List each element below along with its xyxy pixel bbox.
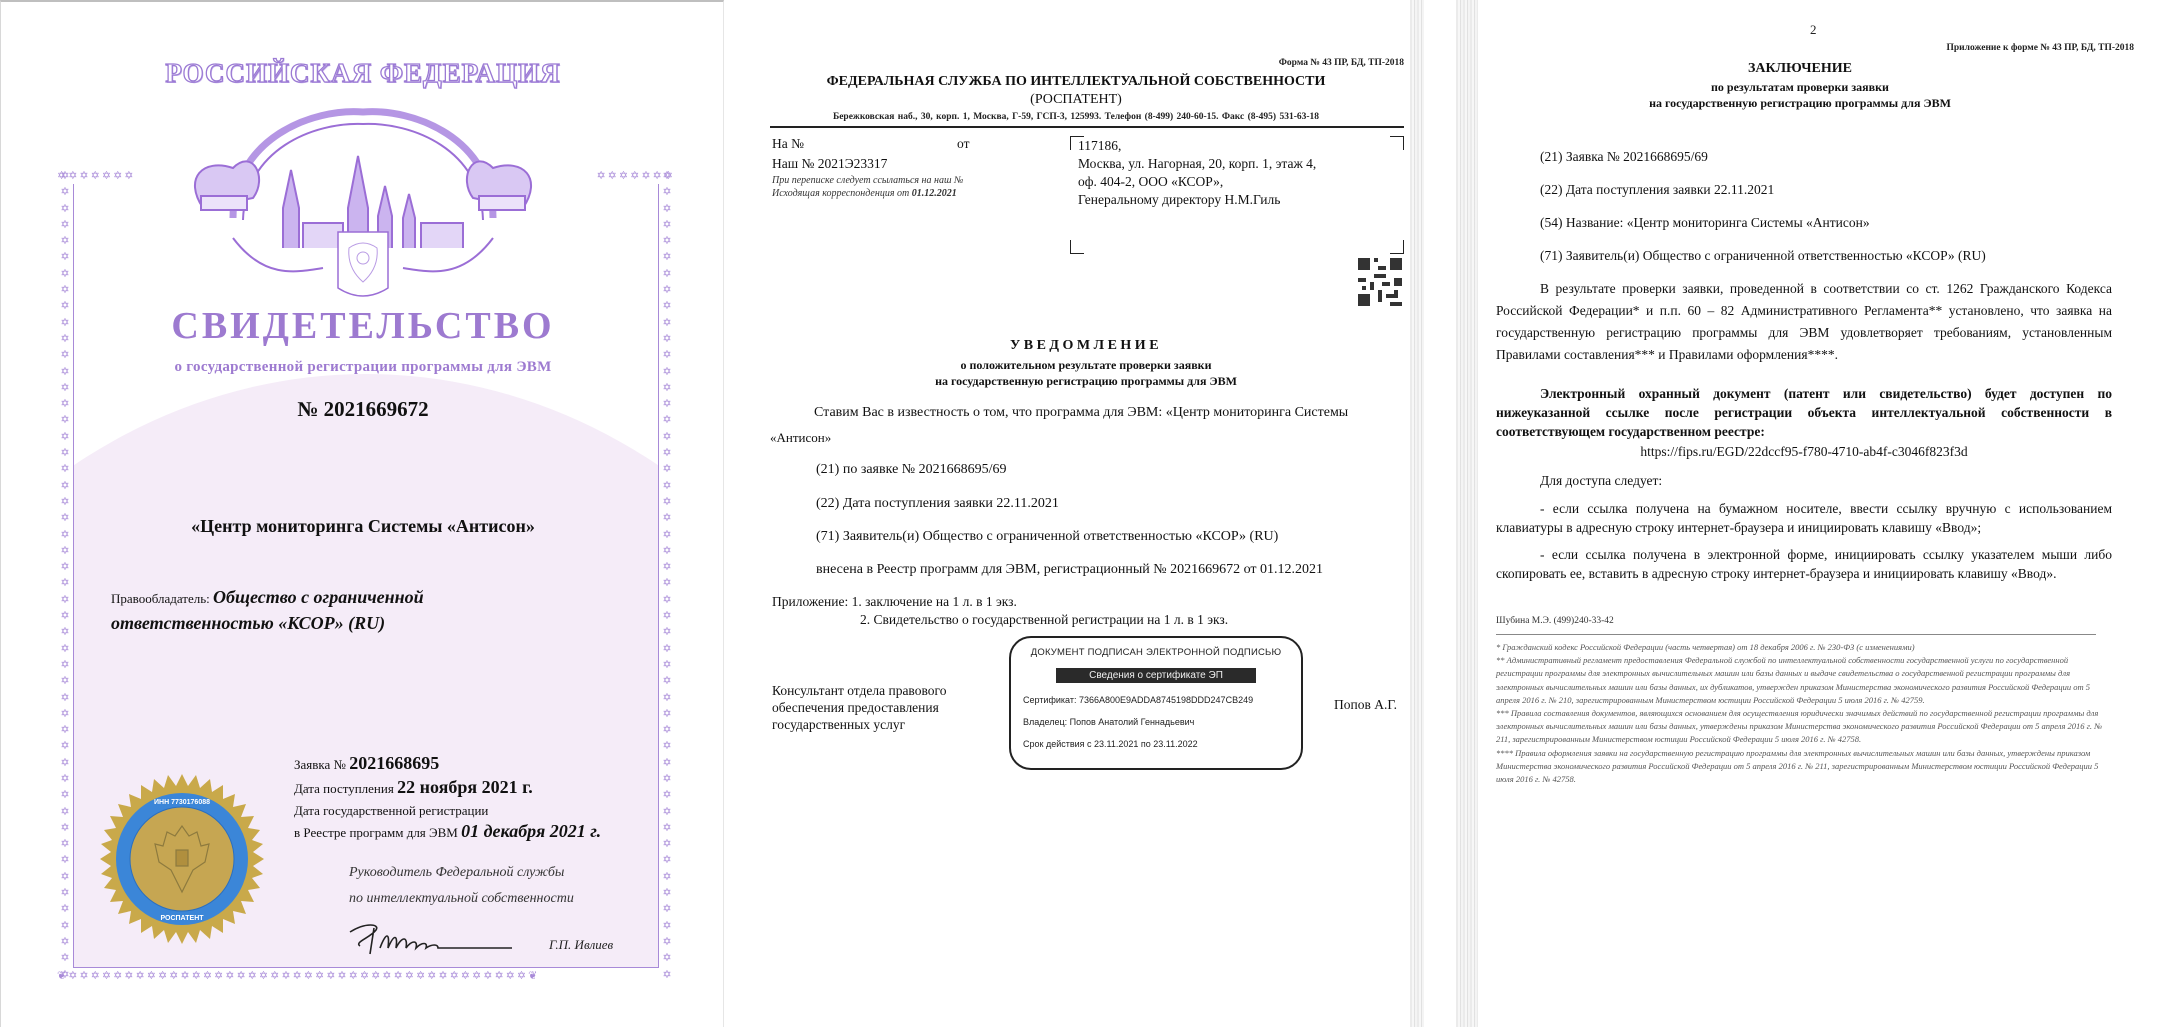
- ornament-border-bottom: ❦✡✡✡✡✡✡✡✡✡✡✡✡✡✡✡✡✡✡✡✡✡✡✡✡✡✡✡✡✡✡✡✡✡✡✡✡✡✡✡…: [57, 968, 675, 984]
- footnote-3: *** Правила составления документов, явля…: [1496, 707, 2116, 747]
- our-number: Наш № 2021Э23317: [772, 154, 963, 174]
- stamp-validity: Срок действия с 23.11.2021 по 23.11.2022: [1023, 739, 1301, 749]
- conclusion-title: ЗАКЛЮЧЕНИЕ: [1520, 61, 2080, 77]
- conclusion-page: 2 Приложение к форме № 43 ПР, БД, ТП-201…: [1440, 0, 2174, 1027]
- footnote-rule: [1496, 634, 2096, 635]
- conclusion-item-21: (21) Заявка № 2021668695/69: [1540, 149, 1708, 165]
- ref-note: При переписке следует ссылаться на наш №: [772, 174, 963, 187]
- form-label: Форма № 43 ПР, БД, ТП-2018: [1279, 58, 1404, 68]
- access-label: Для доступа следует:: [1540, 473, 1662, 489]
- ref-to: На №: [772, 134, 963, 154]
- consultant-title: Консультант отдела правового обеспечения…: [772, 682, 952, 733]
- agency-name: ФЕДЕРАЛЬНАЯ СЛУЖБА ПО ИНТЕЛЛЕКТУАЛЬНОЙ С…: [756, 74, 1396, 90]
- ornament-border-top-right: ✡✡✡✡✡✡✡: [575, 168, 675, 184]
- stamp-owner: Владелец: Попов Анатолий Геннадьевич: [1023, 717, 1301, 727]
- stamp-certificate-bar: Сведения о сертификате ЭП: [1056, 668, 1256, 683]
- conclusion-subtitle-1: по результатам проверки заявки: [1520, 80, 2080, 95]
- ornament-border-top-left: ✡✡✡✡✡✡✡: [57, 168, 157, 184]
- footnote-4: **** Правила оформления заявки на госуда…: [1496, 747, 2116, 787]
- registry-label: в Реестре программ для ЭВМ: [294, 825, 458, 840]
- qr-code-icon: [1358, 258, 1402, 306]
- page-number: 2: [1810, 22, 1817, 38]
- registration-details: Заявка № 2021668695 Дата поступления 22 …: [294, 754, 601, 846]
- conclusion-subtitle-2: на государственную регистрацию программы…: [1520, 96, 2080, 111]
- program-name: «Центр мониторинга Системы «Антисон»: [1, 516, 725, 537]
- notice-subtitle-1: о положительном результате проверки заяв…: [766, 358, 1406, 373]
- notice-item-71: (71) Заявитель(и) Общество с ограниченно…: [816, 529, 1448, 545]
- notice-signer: Попов А.Г.: [1334, 697, 1397, 713]
- footnote-1: * Гражданский кодекс Российской Федераци…: [1496, 641, 2116, 654]
- electronic-signature-stamp: ДОКУМЕНТ ПОДПИСАН ЭЛЕКТРОННОЙ ПОДПИСЬЮ С…: [1009, 636, 1303, 770]
- executor: Шубина М.Э. (499)240-33-42: [1496, 616, 1614, 626]
- attachments: Приложение: 1. заключение на 1 л. в 1 эк…: [772, 593, 1228, 629]
- notice-title: УВЕДОМЛЕНИЕ: [766, 338, 1406, 354]
- signature-icon: [346, 918, 516, 958]
- notice-registered: внесена в Реестр программ для ЭВМ, регис…: [816, 562, 1448, 578]
- ornament-border-right: ✡✡✡✡✡✡✡✡✡✡✡✡✡✡✡✡✡✡✡✡✡✡✡✡✡✡✡✡✡✡✡✡✡✡✡✡✡✡✡✡…: [659, 168, 675, 984]
- conclusion-item-22: (22) Дата поступления заявки 22.11.2021: [1540, 182, 1774, 198]
- scan-edge: [1410, 0, 1424, 1027]
- attachment-1: 1. заключение на 1 л. в 1 экз.: [852, 594, 1017, 609]
- registration-label: Дата государственной регистрации: [294, 803, 488, 818]
- attachment-2: 2. Свидетельство о государственной регис…: [772, 611, 1228, 629]
- registration-date: 01 декабря 2021 г.: [461, 821, 601, 841]
- kremlin-emblem-icon: [173, 98, 553, 303]
- agency-address: Бережковская наб., 30, корп. 1, Москва, …: [756, 112, 1396, 122]
- svg-text:ИНН 7730176088: ИНН 7730176088: [154, 799, 210, 806]
- access-instruction-electronic: - если ссылка получена в электронной фор…: [1496, 545, 2112, 583]
- head-title: Руководитель Федеральной службы по интел…: [349, 860, 574, 912]
- footnotes: * Гражданский кодекс Российской Федераци…: [1496, 641, 2116, 786]
- ref-from: от: [957, 134, 969, 154]
- country-heading: РОССИЙСКАЯ ФЕДЕРАЦИЯ: [1, 58, 725, 89]
- address-bracket-br: [1390, 240, 1404, 254]
- notice-item-22: (22) Дата поступления заявки 22.11.2021: [816, 496, 1448, 512]
- rights-holder-name-line2: ответственностью «КСОР» (RU): [111, 613, 385, 633]
- address-bracket-bl: [1070, 240, 1084, 254]
- access-instruction-paper: - если ссылка получена на бумажном носит…: [1496, 499, 2112, 537]
- edoc-link[interactable]: https://fips.ru/EGD/22dccf95-f780-4710-a…: [1496, 444, 2112, 460]
- conclusion-item-71: (71) Заявитель(и) Общество с ограниченно…: [1540, 248, 1986, 264]
- signer-name: Г.П. Ивлиев: [549, 937, 613, 953]
- rights-holder: Правообладатель: Общество с ограниченной…: [111, 585, 531, 637]
- result-paragraph: В результате проверки заявки, проведенно…: [1496, 278, 2112, 366]
- receipt-date: 22 ноября 2021 г.: [397, 777, 533, 797]
- receipt-label: Дата поступления: [294, 781, 394, 796]
- official-seal-icon: ИНН 7730176088 РОСПАТЕНТ: [97, 774, 267, 944]
- notice-intro-cont: «Антисон»: [770, 430, 1402, 446]
- certificate-page: ✡✡✡✡✡✡✡✡✡✡✡✡✡✡✡✡✡✡✡✡✡✡✡✡✡✡✡✡✡✡✡✡✡✡✡✡✡✡✡✡…: [0, 0, 724, 1027]
- scan-edge: [1456, 0, 1478, 1027]
- rights-holder-name-line1: Общество с ограниченной: [213, 587, 424, 607]
- outgoing-date: 01.12.2021: [912, 188, 957, 199]
- ornament-border-left: ✡✡✡✡✡✡✡✡✡✡✡✡✡✡✡✡✡✡✡✡✡✡✡✡✡✡✡✡✡✡✡✡✡✡✡✡✡✡✡✡…: [57, 168, 73, 984]
- edoc-paragraph: Электронный охранный документ (патент ил…: [1496, 384, 2112, 441]
- notice-intro: Ставим Вас в известность о том, что прог…: [770, 405, 1402, 421]
- notice-page: Форма № 43 ПР, БД, ТП-2018 ФЕДЕРАЛЬНАЯ С…: [726, 0, 1426, 1027]
- notice-subtitle-2: на государственную регистрацию программы…: [766, 374, 1406, 389]
- conclusion-item-54: (54) Название: «Центр мониторинга Систем…: [1540, 215, 1870, 231]
- certificate-title: СВИДЕТЕЛЬСТВО: [1, 304, 725, 348]
- application-label: Заявка №: [294, 757, 346, 772]
- notice-item-21: (21) по заявке № 2021668695/69: [816, 462, 1448, 478]
- svg-text:РОСПАТЕНТ: РОСПАТЕНТ: [160, 915, 204, 922]
- certificate-subtitle: о государственной регистрации программы …: [1, 359, 725, 376]
- certificate-number: № 2021669672: [1, 397, 725, 422]
- agency-short: (РОСПАТЕНТ): [756, 92, 1396, 108]
- stamp-header: ДОКУМЕНТ ПОДПИСАН ЭЛЕКТРОННОЙ ПОДПИСЬЮ: [1011, 647, 1301, 658]
- application-number: 2021668695: [349, 753, 439, 773]
- stamp-certificate: Сертификат: 7366A800E9ADDA8745198DDD247C…: [1023, 695, 1301, 705]
- header-rule: [770, 126, 1404, 128]
- rights-holder-label: Правообладатель:: [111, 591, 210, 606]
- annex-label: Приложение к форме № 43 ПР, БД, ТП-2018: [1946, 43, 2134, 53]
- footnote-2: ** Административный регламент предоставл…: [1496, 654, 2116, 707]
- reference-block: На № от Наш № 2021Э23317 При переписке с…: [772, 134, 963, 200]
- address-bracket-tr: [1390, 136, 1404, 150]
- recipient-address: 117186, Москва, ул. Нагорная, 20, корп. …: [1078, 137, 1316, 209]
